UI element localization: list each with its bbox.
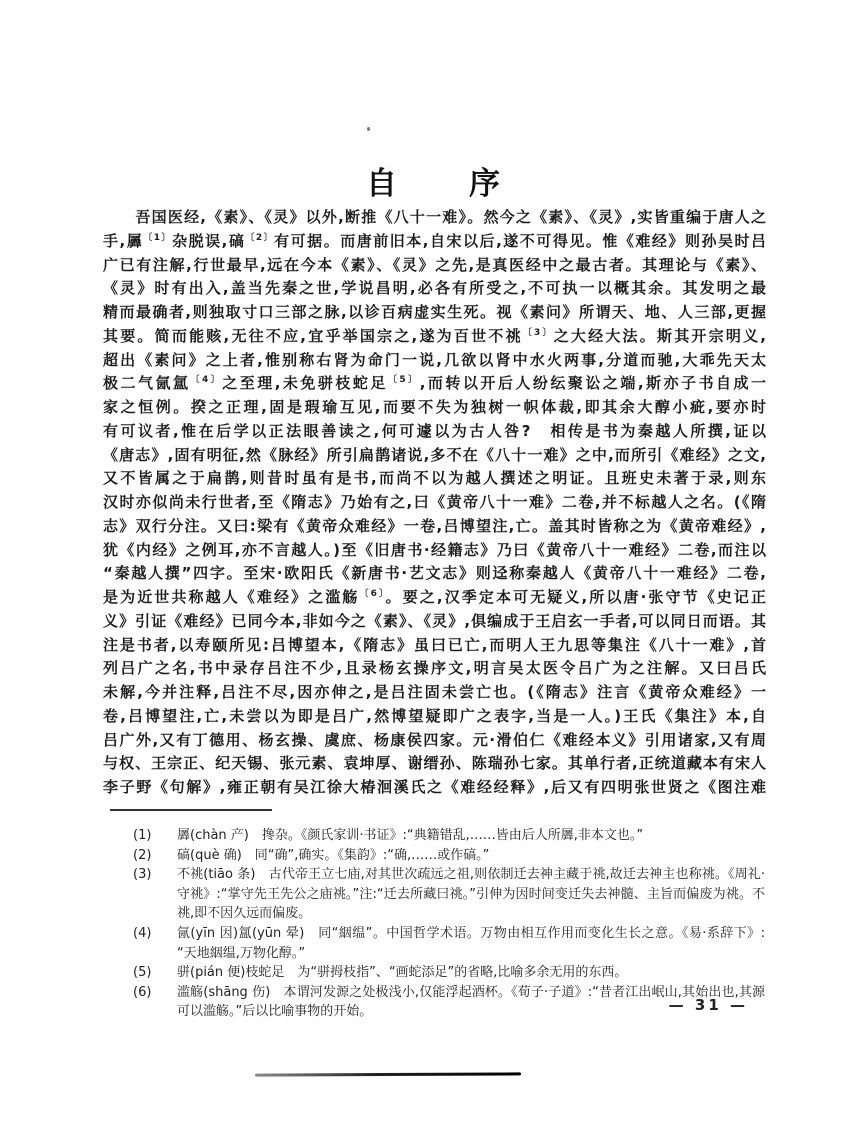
text-line: 吕广外,又有丁德用、杨玄操、虞庶、杨康侯四家。元·滑伯仁《难经本义》引用诸家,又… [103, 729, 766, 753]
text-line: 犹《内经》之例耳,亦不言越人。)至《旧唐书·经籍志》乃曰《黄帝八十一难经》二卷,… [103, 539, 766, 563]
bottom-scan-artifact [255, 1072, 521, 1076]
footnote-item: (3) 不祧(tiāo 条) 古代帝王立七庙,对其世次疏远之祖,则依制迁去神主藏… [133, 865, 765, 924]
page-title-char-left: 自 [366, 158, 397, 203]
text-line: 有可议者,惟在后学以正法眼善读之,何可遽以为古人咎? 相传是书为秦越人所撰,证以 [103, 420, 766, 444]
text-line: 未解,今并注释,吕注不尽,因亦伸之,是吕注固未尝亡也。(《隋志》注言《黄帝众难经… [103, 681, 766, 705]
footnote-list: (1) 羼(chàn 产) 搀杂。《颜氏家训·书证》:“典籍错乱,……皆由后人所… [133, 826, 765, 1022]
text-line: 列吕广之名,书中录存吕注不少,且录杨玄操序文,明言吴太医令吕广为之注解。又曰吕氏 [103, 657, 766, 681]
text-line: 家之恒例。揆之正理,固是瑕瑜互见,而要不失为独树一帜体裁,即其余大醇小疵,要亦时 [103, 396, 766, 420]
footnote-number: (1) [133, 826, 177, 846]
footnote-item: (2) 碻(què 确) 同“确”,确实。《集韵》:“确,……或作碻。” [133, 846, 765, 866]
main-text: 吾国医经,《素》、《灵》以外,断推《八十一难》。然今之《素》、《灵》,实皆重编于… [103, 206, 766, 800]
text-line: 卷,吕博望注,亡,未尝以为即是吕广,然博望疑即广之表字,当是一人。)王氏《集注》… [103, 705, 766, 729]
footnote-text: 羼(chàn 产) 搀杂。《颜氏家训·书证》:“典籍错乱,……皆由后人所羼,非本… [177, 826, 765, 846]
footnote-item: (5) 骈(pián 便)枝蛇足 为“骈拇枝指”、“画蛇添足”的省略,比喻多余无… [133, 963, 765, 983]
text-line: 其要。简而能赅,无往不应,宜乎举国宗之,遂为百世不祧〔3〕之大经大法。斯其开宗明… [103, 325, 766, 349]
text-line: 是为近世共称越人《难经》之滥觞〔6〕。要之,汉季定本可无疑义,所以唐·张守节《史… [103, 586, 766, 610]
footnote-text: 碻(què 确) 同“确”,确实。《集韵》:“确,……或作碻。” [177, 846, 765, 866]
text-line: 志》双行分注。又曰:梁有《黄帝众难经》一卷,吕博望注,亡。盖其时皆称之为《黄帝难… [103, 515, 766, 539]
page-title: 自 序 [0, 158, 866, 203]
footnote-text: 不祧(tiāo 条) 古代帝王立七庙,对其世次疏远之祖,则依制迁去神主藏于祧,故… [177, 865, 765, 924]
text-line: 精而最确者,则独取寸口三部之脉,以诊百病虚实生死。视《素问》所谓天、地、人三部,… [103, 301, 766, 325]
text-line: 与权、王宗正、纪天锡、张元素、袁坤厚、谢缙孙、陈瑞孙七家。其单行者,正统道藏本有… [103, 752, 766, 776]
footnote-number: (4) [133, 924, 177, 963]
footnote-item: (4) 氤(yīn 因)氲(yūn 晕) 同“絪缊”。中国哲学术语。万物由相互作… [133, 924, 765, 963]
footnote-text: 氤(yīn 因)氲(yūn 晕) 同“絪缊”。中国哲学术语。万物由相互作用而变化… [177, 924, 765, 963]
footnote-number: (3) [133, 865, 177, 924]
text-line: 义》引证《难经》已同今本,非如今之《素》、《灵》,俱编成于王启玄一手者,可以同日… [103, 610, 766, 634]
text-line: 超出《素问》之上者,惟别称右肾为命门一说,几欲以肾中水火两事,分道而驰,大乖先天… [103, 349, 766, 373]
ink-speck [367, 127, 370, 131]
page-number: — 31 — [669, 996, 748, 1014]
footnote-number: (2) [133, 846, 177, 866]
text-line: 汉时亦似尚未行世者,至《隋志》乃始有之,曰《黄帝八十一难》二卷,并不标越人之名。… [103, 491, 766, 515]
scanned-book-page: 自 序 吾国医经,《素》、《灵》以外,断推《八十一难》。然今之《素》、《灵》,实… [0, 0, 866, 1122]
footnote-text: 骈(pián 便)枝蛇足 为“骈拇枝指”、“画蛇添足”的省略,比喻多余无用的东西… [177, 963, 765, 983]
footnote-item: (1) 羼(chàn 产) 搀杂。《颜氏家训·书证》:“典籍错乱,……皆由后人所… [133, 826, 765, 846]
footnote-separator [110, 809, 272, 811]
text-line: 李子野《句解》,雍正朝有吴江徐大椿洄溪氏之《难经经释》,后又有四明张世贤之《图注… [103, 776, 766, 800]
footnote-number: (5) [133, 963, 177, 983]
text-line: 《灵》时有出入,盖当先秦之世,学说昌明,必各有所受之,不可执一以概其余。其发明之… [103, 277, 766, 301]
page-title-char-right: 序 [469, 158, 500, 203]
text-line: 注是书者,以寿颐所见:吕博望本,《隋志》虽曰已亡,而明人王九思等集注《八十一难》… [103, 634, 766, 658]
text-line: 极二气氤氲〔4〕之至理,未免骈枝蛇足〔5〕,而转以开后人纷纭聚讼之端,斯亦子书自… [103, 372, 766, 396]
text-line: 广已有注解,行世最早,远在今本《素》、《灵》之先,是真医经中之最古者。其理论与《… [103, 254, 766, 278]
text-line: 手,羼〔1〕杂脱误,碻〔2〕有可据。而唐前旧本,自宋以后,遂不可得见。惟《难经》… [103, 230, 766, 254]
footnote-number: (6) [133, 983, 177, 1022]
text-line: 《唐志》,固有明征,然《脉经》所引扁鹊诸说,多不在《八十一难》之中,而所引《难经… [103, 444, 766, 468]
text-line: 又不皆属之于扁鹊,则昔时虽有是书,而尚不以为越人撰述之明证。且班史未著于录,则东 [103, 467, 766, 491]
text-line: “秦越人撰”四字。至宋·欧阳氏《新唐书·艺文志》则迳称秦越人《黄帝八十一难经》二… [103, 562, 766, 586]
text-line: 吾国医经,《素》、《灵》以外,断推《八十一难》。然今之《素》、《灵》,实皆重编于… [103, 206, 766, 230]
